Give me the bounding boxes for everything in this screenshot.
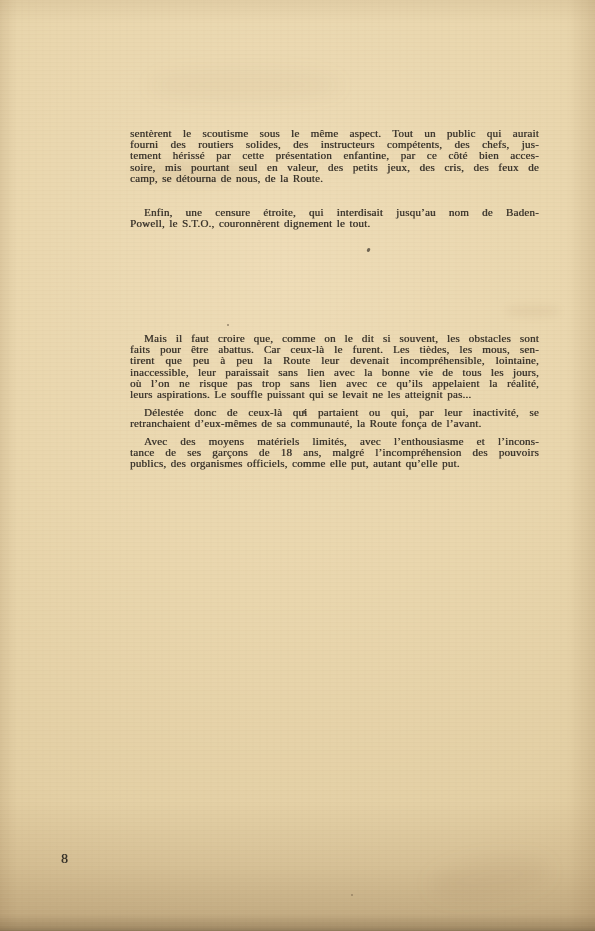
paragraph: Mais il faut croire que, comme on le dit… [130,334,539,401]
paper-stain [505,305,560,317]
text-line: tirent que peu à peu la Route leur deven… [130,356,539,367]
paragraph: Délestée donc de ceux-là qui partaient o… [130,408,539,430]
paper-stain [150,70,340,100]
text-line: camp, se détourna de nous, de la Route. [130,174,539,185]
text-line: Powell, le S.T.O., couronnèrent dignemen… [130,219,539,230]
text-line: retranchaient d’eux-mêmes de sa communau… [130,419,539,430]
scanned-book-page: sentèrent le scoutisme sous le même aspe… [0,0,595,931]
ink-speck [366,248,370,253]
ink-speck [227,324,229,326]
paragraph: sentèrent le scoutisme sous le même aspe… [130,129,539,185]
paragraph: Enfin, une censure étroite, qui interdis… [130,208,539,230]
text-line: leurs aspirations. Le souffle puissant q… [130,390,539,401]
page-number: 8 [61,852,68,866]
text-line: publics, des organismes officiels, comme… [130,459,539,470]
ink-speck [351,894,353,896]
paper-stain [428,850,552,906]
paragraph: Avec des moyens matériels limités, avec … [130,437,539,471]
text-line: tement hérissé par cette présentation en… [130,151,539,162]
